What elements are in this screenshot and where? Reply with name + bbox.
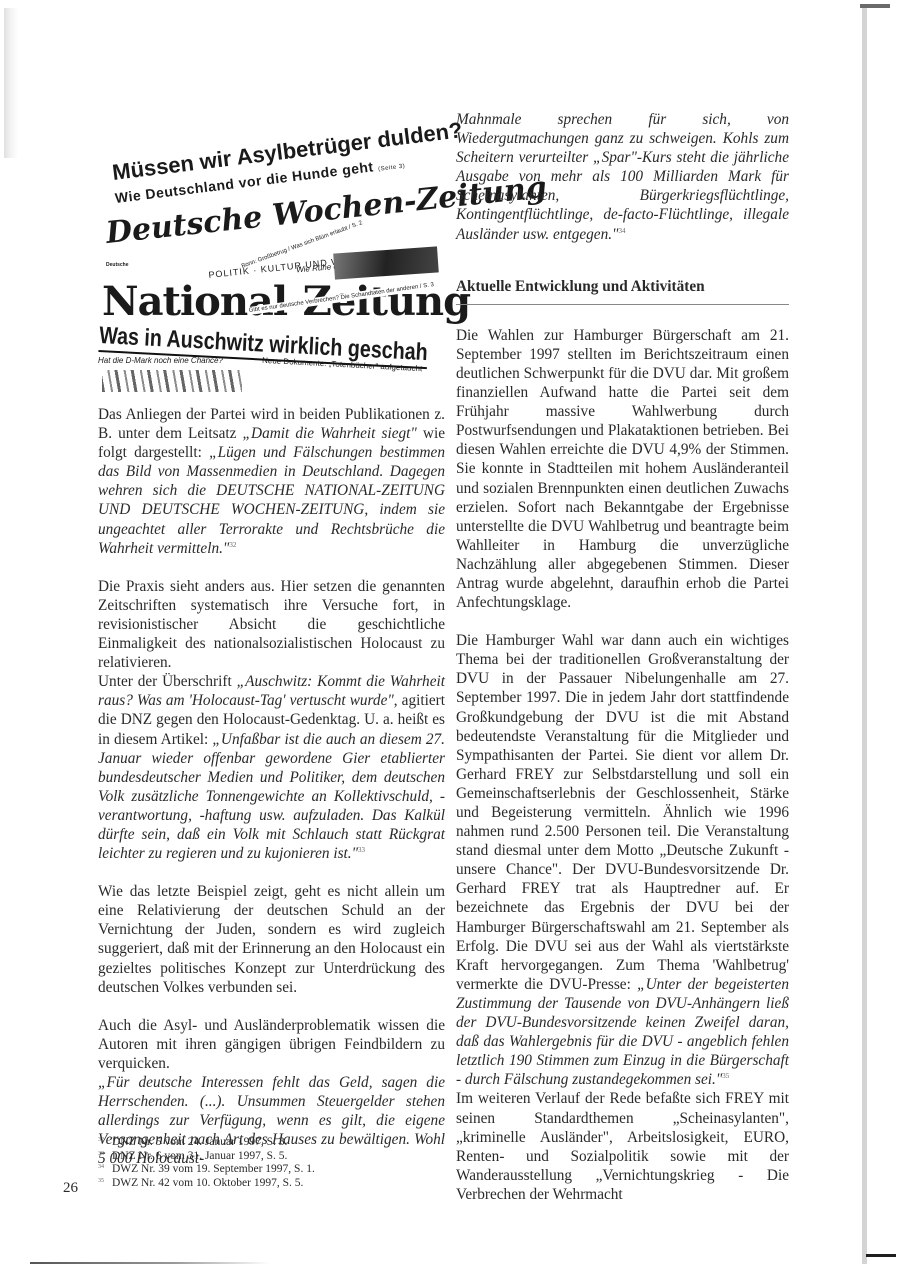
scan-edge-bottom <box>30 1262 270 1264</box>
paragraph: Die Praxis sieht anders aus. Hier setzen… <box>98 577 445 672</box>
footnote-ref: 34 <box>618 227 625 235</box>
paragraph: Die Wahlen zur Hamburger Bürgerschaft am… <box>456 326 789 612</box>
paragraph: Das Anliegen der Partei wird in beiden P… <box>98 405 445 558</box>
paragraph: Wie das letzte Beispiel zeigt, geht es n… <box>98 882 445 997</box>
footnotes: 32DNZ Nr. 5 vom 24. Januar 1997, S. 3. 3… <box>98 1136 448 1190</box>
footnote-ref: 32 <box>229 541 236 549</box>
scan-edge-shadow-left <box>4 8 18 158</box>
subheadline-dmark: Hat die D-Mark noch eine Chance? <box>98 356 223 365</box>
scan-edge-corner-bottom <box>866 1254 896 1257</box>
masthead-prefix: Deutsche <box>106 262 129 268</box>
footnote: 34DWZ Nr. 39 vom 19. September 1997, S. … <box>98 1163 448 1177</box>
newspaper-collage-image: Müssen wir Asylbetrüger dulden? Wie Deut… <box>96 100 446 395</box>
footnote: 32DNZ Nr. 5 vom 24. Januar 1997, S. 3. <box>98 1136 448 1150</box>
footnote: 33DNZ Nr. 6 vom 31. Januar 1997, S. 5. <box>98 1150 448 1164</box>
paragraph: Im weiteren Verlauf der Rede befaßte sic… <box>456 1089 789 1204</box>
footnote-ref: 35 <box>722 1072 729 1080</box>
paragraph: Auch die Asyl- und Ausländerproblematik … <box>98 1016 445 1073</box>
quote-paragraph: Mahnmale sprechen für sich, von Wiedergu… <box>456 110 789 244</box>
page-number: 26 <box>63 1180 78 1197</box>
footnote-ref: 33 <box>358 846 365 854</box>
footnote: 35DWZ Nr. 42 vom 10. Oktober 1997, S. 5. <box>98 1177 448 1191</box>
newspaper-photo-strip <box>102 370 242 392</box>
scan-edge-right <box>862 4 867 1264</box>
paragraph: Unter der Überschrift „Auschwitz: Kommt … <box>98 672 445 863</box>
paragraph: Die Hamburger Wahl war dann auch ein wic… <box>456 631 789 1089</box>
left-column: Das Anliegen der Partei wird in beiden P… <box>98 405 445 1168</box>
newspaper-photo <box>333 246 439 279</box>
scan-edge-corner-top <box>860 4 890 8</box>
right-column: Mahnmale sprechen für sich, von Wiedergu… <box>456 110 789 1204</box>
section-heading: Aktuelle Entwicklung und Aktivitäten <box>456 277 789 305</box>
